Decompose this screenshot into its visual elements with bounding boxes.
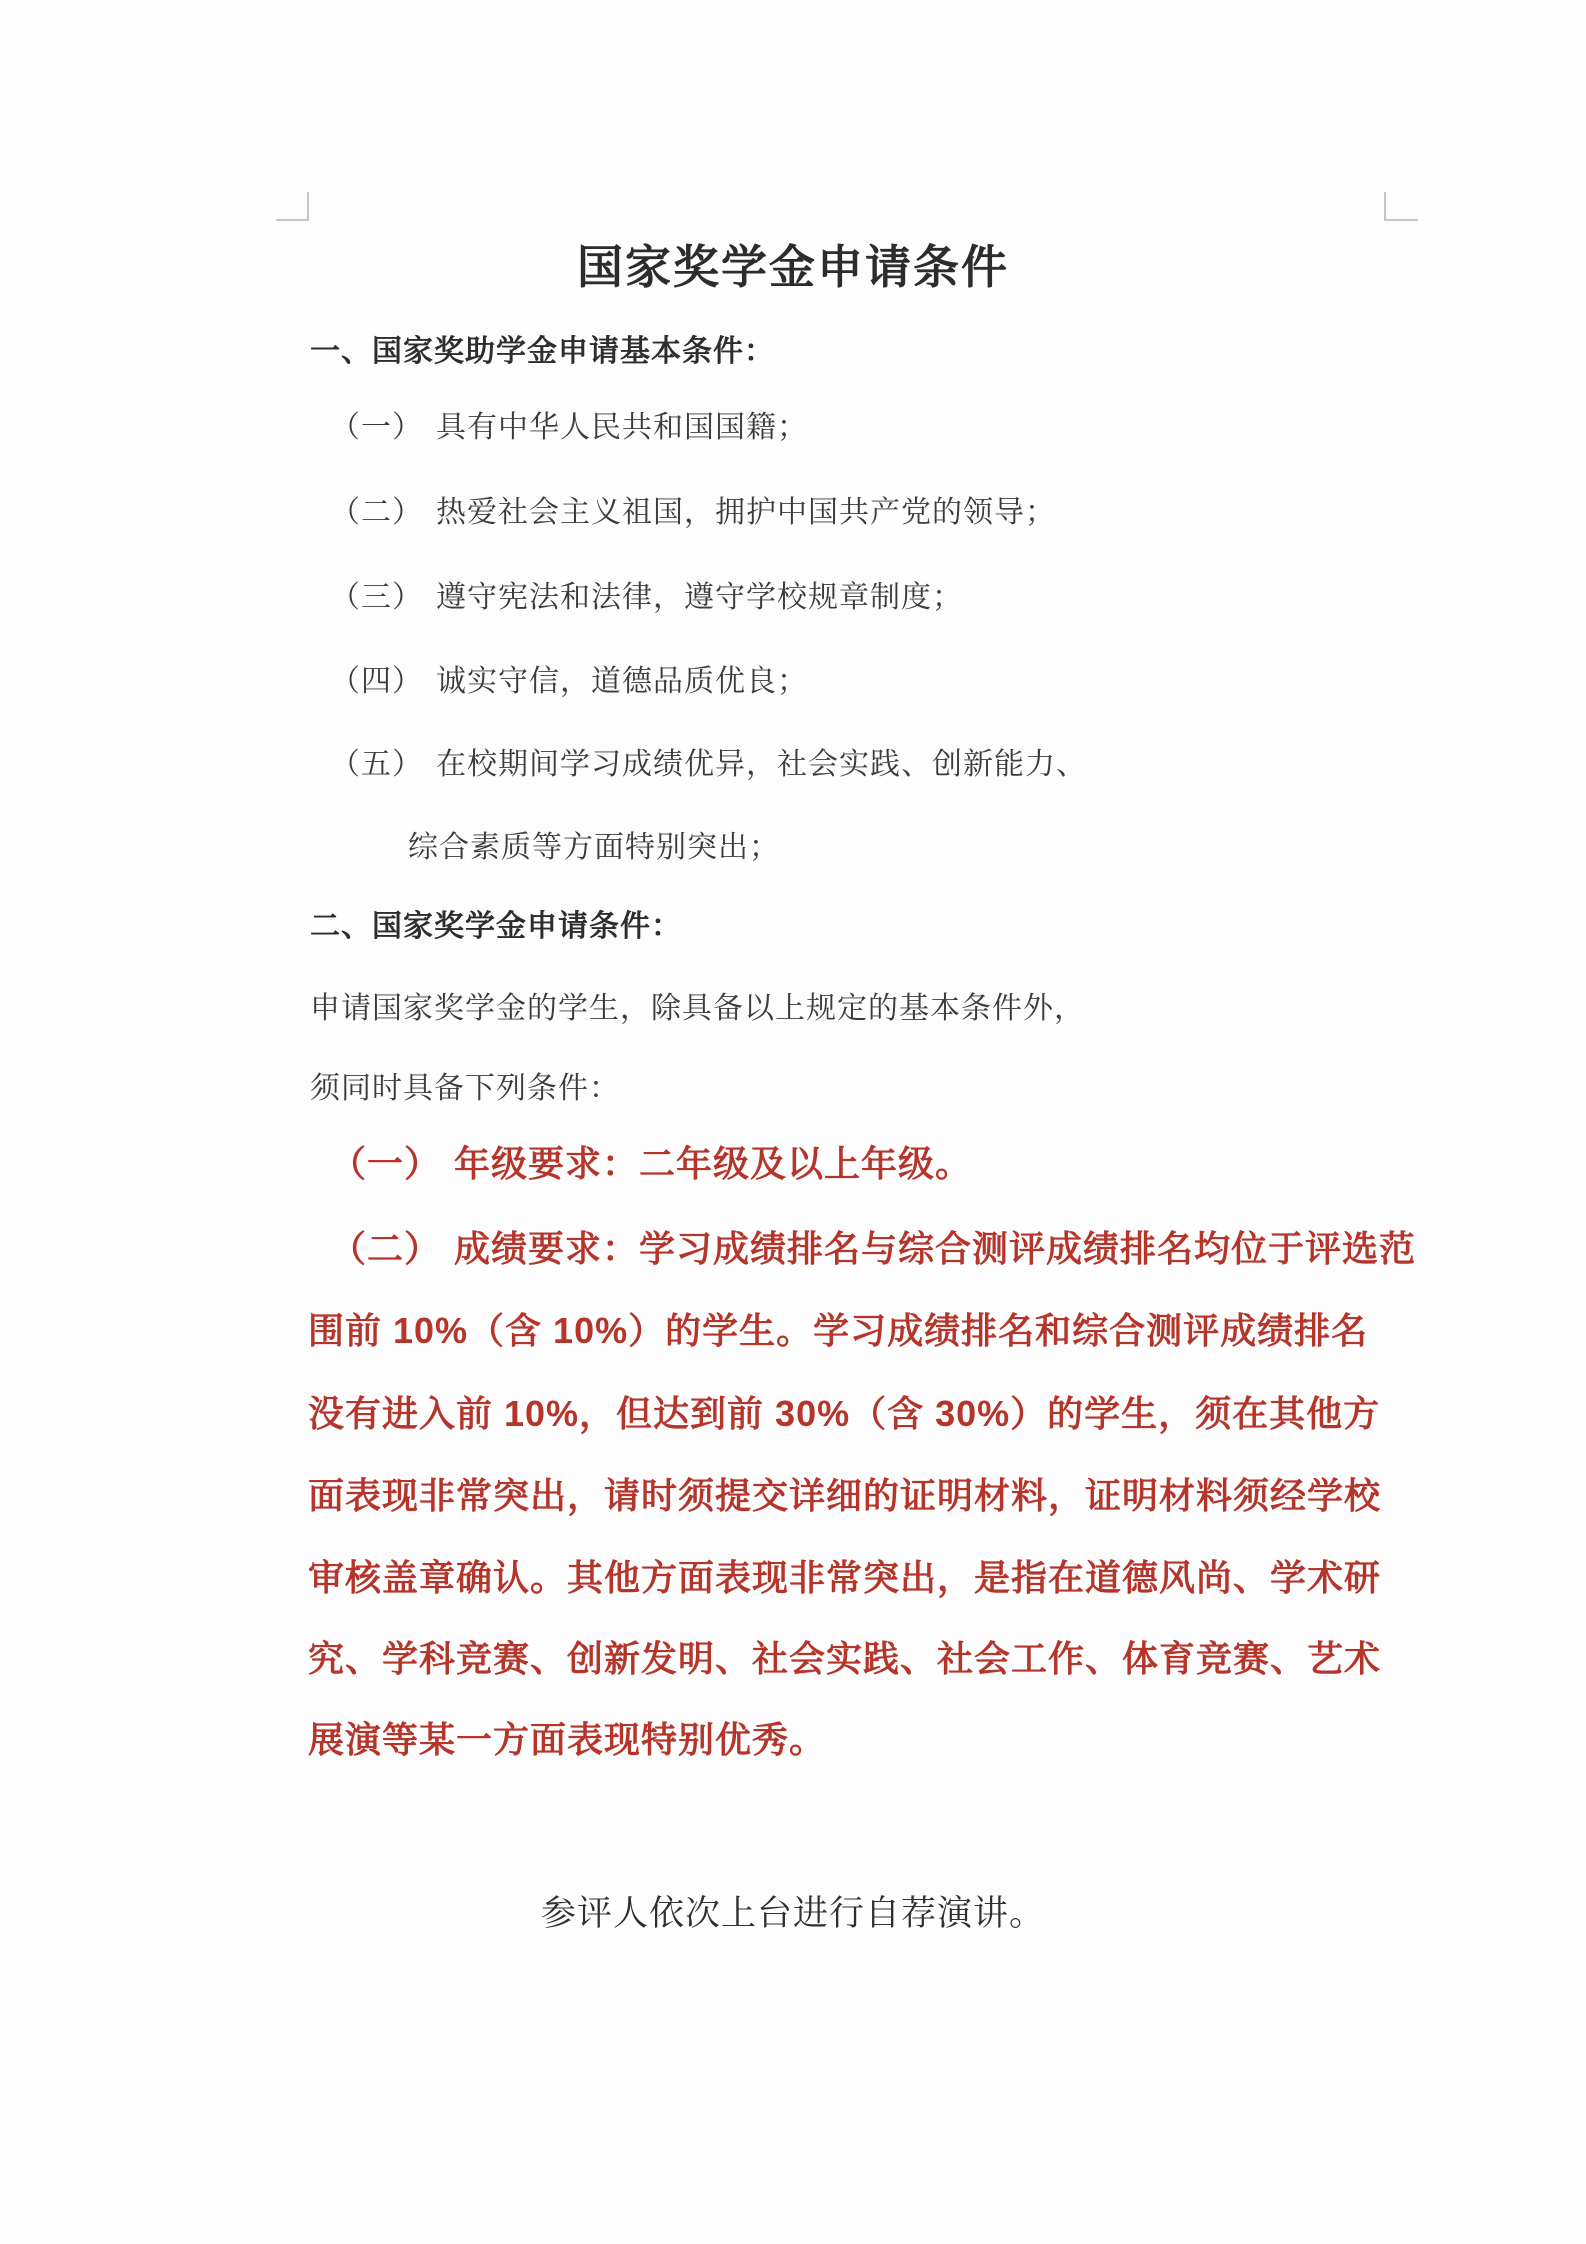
award-requirement-2-line-3: 没有进入前 10%，但达到前 30%（含 30%）的学生，须在其他方	[308, 1386, 1380, 1437]
item-text: 成绩要求：学习成绩排名与综合测评成绩排名均位于评选范	[454, 1228, 1416, 1269]
item-number: （五）	[330, 748, 423, 781]
basic-item-5-continuation: 综合素质等方面特别突出；	[408, 822, 780, 866]
award-requirement-2-line-4: 面表现非常突出，请时须提交详细的证明材料，证明材料须经学校	[308, 1468, 1381, 1519]
award-intro-line-1: 申请国家奖学金的学生，除具备以上规定的基本条件外，	[310, 983, 1085, 1027]
item-number: （一）	[330, 411, 423, 444]
section-basic-heading: 一、国家奖助学金申请基本条件：	[310, 326, 775, 370]
item-text: 热爱社会主义祖国，拥护中国共产党的领导；	[436, 496, 1056, 529]
item-number: （四）	[330, 665, 423, 698]
award-requirement-2-line-5: 审核盖章确认。其他方面表现非常突出，是指在道德风尚、学术研	[308, 1550, 1381, 1601]
basic-item-4: （四）诚实守信，道德品质优良；	[330, 656, 808, 700]
basic-item-3: （三）遵守宪法和法律，遵守学校规章制度；	[330, 572, 963, 616]
item-text: 遵守宪法和法律，遵守学校规章制度；	[436, 581, 963, 614]
item-text: 具有中华人民共和国国籍；	[436, 411, 808, 444]
margin-corner-mark-right	[1384, 192, 1418, 221]
document-page: 国家奖学金申请条件 一、国家奖助学金申请基本条件： （一）具有中华人民共和国国籍…	[0, 0, 1586, 2244]
award-intro-line-2: 须同时具备下列条件：	[310, 1063, 620, 1107]
award-requirement-2: （二）成绩要求：学习成绩排名与综合测评成绩排名均位于评选范	[330, 1221, 1416, 1272]
basic-item-1: （一）具有中华人民共和国国籍；	[330, 402, 808, 446]
award-requirement-2-line-2: 围前 10%（含 10%）的学生。学习成绩排名和综合测评成绩排名	[308, 1303, 1368, 1354]
section-award-heading: 二、国家奖学金申请条件：	[310, 901, 682, 945]
item-number: （二）	[330, 496, 423, 529]
item-number: （三）	[330, 581, 423, 614]
item-number: （一）	[330, 1143, 441, 1184]
award-requirement-2-line-7: 展演等某一方面表现特别优秀。	[308, 1712, 826, 1763]
margin-corner-mark-left	[276, 192, 309, 221]
item-text: 诚实守信，道德品质优良；	[436, 665, 808, 698]
award-requirement-1: （一）年级要求：二年级及以上年级。	[330, 1136, 972, 1187]
footer-note: 参评人依次上台进行自荐演讲。	[0, 1886, 1586, 1936]
page-title: 国家奖学金申请条件	[0, 231, 1586, 297]
item-text: 年级要求：二年级及以上年级。	[454, 1143, 972, 1184]
item-text: 在校期间学习成绩优异，社会实践、创新能力、	[436, 748, 1087, 781]
basic-item-5: （五）在校期间学习成绩优异，社会实践、创新能力、	[330, 739, 1087, 783]
award-requirement-2-line-6: 究、学科竞赛、创新发明、社会实践、社会工作、体育竞赛、艺术	[308, 1631, 1381, 1682]
item-number: （二）	[330, 1228, 441, 1269]
basic-item-2: （二）热爱社会主义祖国，拥护中国共产党的领导；	[330, 487, 1056, 531]
